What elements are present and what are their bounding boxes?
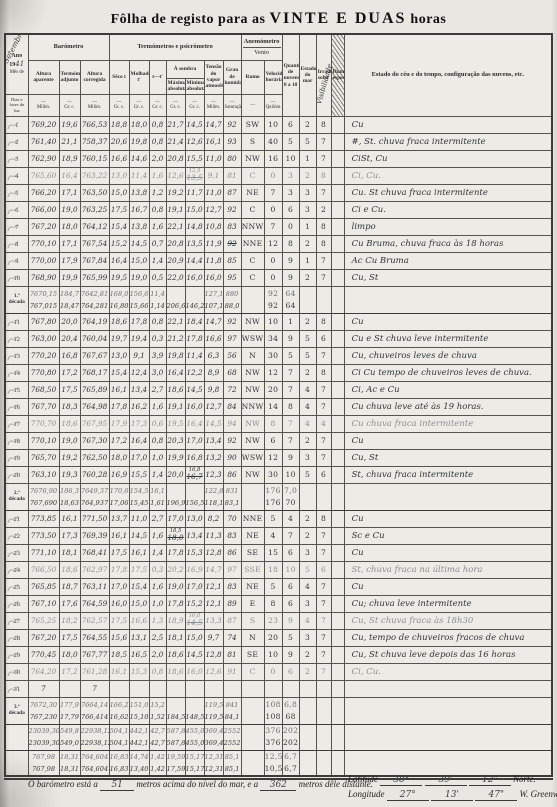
cell-rumo: WSW bbox=[241, 449, 264, 466]
cell-remarks: Cu bbox=[344, 578, 552, 595]
summary-top-value: 7,0 bbox=[283, 485, 299, 497]
summary-bottom-value: 83,1 bbox=[224, 497, 241, 509]
cell-humesp bbox=[331, 629, 344, 646]
handwritten-value: 16,4 bbox=[61, 171, 77, 180]
cell-velocidade: 20 bbox=[264, 381, 282, 398]
handwritten-value: 767,54 bbox=[82, 239, 108, 248]
summary-top-value bbox=[167, 288, 185, 300]
cell-remarks: Cu chuva leve até às 19 horas. bbox=[344, 398, 552, 415]
handwritten-value: 6 bbox=[321, 565, 326, 574]
cell-maxima: 21,2 bbox=[166, 330, 185, 347]
cell-tt: 0,8 bbox=[149, 116, 166, 133]
cell-humidade: 72 bbox=[223, 381, 241, 398]
handwritten-value: S bbox=[250, 137, 256, 146]
cell-adjunto: 16,1 bbox=[59, 510, 80, 527]
cell-tt: 16,11,61 bbox=[149, 483, 166, 510]
cell-maxima: 19,9 bbox=[166, 449, 185, 466]
summary-bottom-value: 16,62 bbox=[110, 711, 129, 723]
cell-mar: 3 bbox=[299, 544, 316, 561]
cell-corrigida: 763,25 bbox=[80, 201, 109, 218]
cell-adjunto: 18,6 bbox=[59, 561, 80, 578]
barometer-note: O barómetro está a 51 metros acima do ní… bbox=[28, 779, 373, 791]
unit-milim-1: Milím. bbox=[28, 94, 59, 116]
handwritten-value: 19,2 bbox=[167, 188, 183, 197]
handwritten-value: 8,9 bbox=[208, 368, 220, 377]
cell-velocidade bbox=[264, 680, 282, 697]
cell-seco: 17,9 bbox=[109, 415, 129, 432]
summary-bottom-value: 15,17 bbox=[186, 763, 204, 775]
summary-bottom-value: 64 bbox=[283, 300, 299, 312]
cell-aparente: 767,80 bbox=[28, 313, 59, 330]
cell-adjunto: 19,9 bbox=[59, 269, 80, 286]
handwritten-value: 20 bbox=[268, 385, 278, 394]
cell-maxima: 22,1 bbox=[166, 218, 185, 235]
cell-velocidade: 18 bbox=[264, 561, 282, 578]
cell-corrigida: 764,19 bbox=[80, 313, 109, 330]
handwritten-value: 18,9 bbox=[167, 616, 183, 625]
summary-top-value bbox=[300, 485, 316, 497]
summary-top-value bbox=[300, 288, 316, 300]
cell-humidade: 83 bbox=[223, 218, 241, 235]
cell-nuvens: 9 bbox=[282, 252, 299, 269]
handwritten-value: 18,6 bbox=[167, 385, 183, 394]
cell-mar: 4 bbox=[299, 612, 316, 629]
summary-top-value: 767,98 bbox=[29, 751, 59, 763]
cell-mar: 4 bbox=[299, 398, 316, 415]
cell-humesp bbox=[331, 724, 344, 750]
cell-adjunto: 17,2 bbox=[59, 364, 80, 381]
cell-minima: 16,0 bbox=[185, 269, 204, 286]
cell-humidade: 92 bbox=[223, 432, 241, 449]
summary-top-value: 22938,12 bbox=[81, 725, 109, 737]
handwritten-value: 21,7 bbox=[167, 120, 183, 129]
cell-velocidade: 0 bbox=[264, 663, 282, 680]
cell-adjunto: 19,6 bbox=[59, 116, 80, 133]
cell-nuvens: 10 bbox=[282, 561, 299, 578]
row-decada-1: 1.ª década7670,15767,015184,718,477642,8… bbox=[5, 286, 552, 313]
summary-top-value: 156,6 bbox=[130, 288, 149, 300]
cell-humidade: 85,185,1 bbox=[223, 750, 241, 777]
handwritten-value: 765,25 bbox=[31, 616, 57, 625]
handwritten-value: 3 bbox=[288, 171, 293, 180]
cell-velocidade: 14 bbox=[264, 398, 282, 415]
cell-rumo: C bbox=[241, 269, 264, 286]
handwritten-value: Cu bbox=[352, 582, 364, 592]
pen-squiggle-mark bbox=[7, 598, 19, 610]
handwritten-value: 8 bbox=[321, 239, 326, 248]
handwritten-value: 762,50 bbox=[82, 453, 108, 462]
cell-adjunto: 17,6 bbox=[59, 595, 80, 612]
summary-bottom-value bbox=[317, 763, 331, 775]
cell-velocidade: 23 bbox=[264, 612, 282, 629]
cell-molhado: 12,4 bbox=[129, 364, 149, 381]
summary-bottom-value bbox=[242, 737, 264, 749]
cell-rumo bbox=[241, 483, 264, 510]
handwritten-value: 6 bbox=[288, 205, 293, 214]
handwritten-value: 6 bbox=[288, 582, 293, 591]
cell-tt: 0,8 bbox=[149, 313, 166, 330]
cell-velocidade: 0 bbox=[264, 201, 282, 218]
pen-squiggle-mark bbox=[7, 564, 19, 576]
cell-humidade: 56 bbox=[223, 347, 241, 364]
cell-rumo: NW bbox=[241, 313, 264, 330]
handwritten-value: 19,9 bbox=[61, 273, 77, 282]
handwritten-value: 3,0 bbox=[152, 368, 164, 377]
cell-tt: 0,8 bbox=[149, 201, 166, 218]
summary-bottom-value bbox=[317, 737, 331, 749]
cell-tensao: 127,1107,1 bbox=[204, 286, 223, 313]
handwritten-value: Cu; chuva leve intermitente bbox=[352, 599, 472, 609]
cell-nuvens: 7 bbox=[282, 432, 299, 449]
summary-top-value bbox=[317, 288, 331, 300]
handwritten-value: 18,5 bbox=[111, 650, 127, 659]
cell-seco: 15,2 bbox=[109, 235, 129, 252]
unit-grc-2: Gr. c. bbox=[109, 94, 129, 116]
handwritten-value: 19,0 bbox=[61, 436, 77, 445]
cell-minima: 12,513,5 bbox=[185, 167, 204, 184]
handwritten-value: 771,10 bbox=[31, 548, 57, 557]
cell-remarks bbox=[344, 483, 552, 510]
title-prefix: Fôlha de registo para as bbox=[111, 12, 266, 27]
summary-bottom-value bbox=[317, 300, 331, 312]
summary-top-value bbox=[352, 485, 551, 497]
handwritten-value: 16,4 bbox=[131, 436, 147, 445]
handwritten-value: 12 bbox=[268, 453, 278, 462]
cell-molhado: 13,8 bbox=[129, 218, 149, 235]
cell-corrigida: 760,04 bbox=[80, 330, 109, 347]
cell-adjunto: 17,5 bbox=[59, 629, 80, 646]
cell-visibilidade: 7 bbox=[316, 133, 331, 150]
handwritten-value: 12,8 bbox=[205, 650, 221, 659]
handwritten-value: 18,4 bbox=[186, 317, 202, 326]
row-day-30: 30764,2017,2761,2816,115,30,818,616,012,… bbox=[5, 663, 552, 680]
cell-molhado: 16,2 bbox=[129, 398, 149, 415]
pen-squiggle-mark bbox=[7, 316, 19, 328]
handwritten-value: 15,2 bbox=[186, 599, 202, 608]
summary-bottom-value: 68 bbox=[283, 711, 299, 723]
cell-velocidade: 6 bbox=[264, 432, 282, 449]
handwritten-value: 97 bbox=[227, 565, 236, 574]
handwritten-value: 2 bbox=[305, 514, 310, 523]
cell-adjunto: 18,3118,31 bbox=[59, 750, 80, 777]
handwritten-value: 14,6 bbox=[131, 154, 147, 163]
handwritten-value: SW bbox=[246, 120, 260, 129]
cell-adjunto: 177,917,79 bbox=[59, 697, 80, 724]
summary-bottom-value bbox=[242, 763, 264, 775]
group-thermometers: Termómetros e psicrómetro bbox=[109, 34, 241, 60]
handwritten-value: 763,11 bbox=[82, 582, 108, 591]
cell-corrigida: 760,15 bbox=[80, 150, 109, 167]
summary-bottom-value: 17,06 bbox=[110, 497, 129, 509]
handwritten-value: 15,5 bbox=[186, 154, 202, 163]
handwritten-value: 11,3 bbox=[205, 531, 221, 540]
handwritten-value: Cu, tempo de chuveiros fracos de chuva bbox=[352, 633, 525, 643]
cell-maxima: 18,518,0 bbox=[166, 527, 185, 544]
cell-molhado: 15,3 bbox=[129, 663, 149, 680]
cell-velocidade: 12 bbox=[264, 235, 282, 252]
row-decada-3: 3.ª década7672,30767,230177,917,797664,1… bbox=[5, 697, 552, 724]
cell-rumo: N bbox=[241, 629, 264, 646]
cell-maxima: 12,6 bbox=[166, 167, 185, 184]
cell-humesp bbox=[331, 381, 344, 398]
handwritten-value: 30 bbox=[268, 470, 278, 479]
summary-top-value: 7670,15 bbox=[29, 288, 59, 300]
cell-tt: 0,8 bbox=[149, 663, 166, 680]
cell-mar: 2 bbox=[299, 527, 316, 544]
cell-minima: 16,8 bbox=[185, 449, 204, 466]
cell-minima: 17,0 bbox=[185, 432, 204, 449]
cell-molhado bbox=[129, 680, 149, 697]
handwritten-value: 2,7 bbox=[152, 514, 164, 523]
handwritten-value: 770,00 bbox=[31, 256, 57, 265]
handwritten-value: 13,7 bbox=[111, 514, 127, 523]
handwritten-value: 2,0 bbox=[152, 650, 164, 659]
cell-tt: 0,5 bbox=[149, 269, 166, 286]
handwritten-value: 2 bbox=[305, 531, 310, 540]
cell-tensao: 12,3112,31 bbox=[204, 750, 223, 777]
cell-nuvens: 10 bbox=[282, 466, 299, 483]
handwritten-value: 12,4 bbox=[131, 368, 147, 377]
cell-tt: 42,742,7 bbox=[149, 724, 166, 750]
cell-tt bbox=[149, 680, 166, 697]
summary-top-value: 504,1 bbox=[110, 725, 129, 737]
cell-humesp bbox=[331, 133, 344, 150]
cell-humesp bbox=[331, 330, 344, 347]
cell-molhado: 16,5 bbox=[129, 646, 149, 663]
summary-bottom-value: 18,31 bbox=[60, 763, 80, 775]
unit-kilometres: Quilóm. bbox=[264, 94, 282, 116]
row-decada-2: 2.ª década7676,90767,690186,318,637649,3… bbox=[5, 483, 552, 510]
cell-rumo: WSW bbox=[241, 330, 264, 347]
unit-grc-1: Gr. c. bbox=[59, 94, 80, 116]
handwritten-value: Cu, St bbox=[352, 273, 379, 283]
cell-velocidade: 0 bbox=[264, 252, 282, 269]
handwritten-value: 10 bbox=[285, 470, 295, 479]
summary-top-value: 166,2 bbox=[110, 699, 129, 711]
cell-mar: 2 bbox=[299, 313, 316, 330]
handwritten-value: 5 bbox=[288, 633, 293, 642]
handwritten-value: 9 bbox=[288, 650, 293, 659]
cell-tensao: 12,3 bbox=[204, 466, 223, 483]
handwritten-value: 765,70 bbox=[31, 453, 57, 462]
cell-tt: 3,0 bbox=[149, 364, 166, 381]
handwritten-value: 13,8 bbox=[131, 188, 147, 197]
cell-rumo bbox=[241, 697, 264, 724]
handwritten-value: 2,5 bbox=[152, 633, 164, 642]
cell-aparente: 7672,30767,230 bbox=[28, 697, 59, 724]
cell-mar: 3 bbox=[299, 201, 316, 218]
handwritten-value: 770,10 bbox=[31, 239, 57, 248]
handwritten-value: 2 bbox=[305, 650, 310, 659]
cell-humesp bbox=[331, 184, 344, 201]
handwritten-value: 68 bbox=[227, 368, 236, 377]
handwritten-value: 1 bbox=[288, 317, 293, 326]
cell-tt: 1,6 bbox=[149, 218, 166, 235]
cell-minima: 14,5 bbox=[185, 116, 204, 133]
cell-tensao: 6,3 bbox=[204, 347, 223, 364]
cell-day-number: 6 bbox=[5, 201, 28, 218]
handwritten-value: 17,8 bbox=[111, 565, 127, 574]
handwritten-value: 9 bbox=[288, 616, 293, 625]
cell-molhado: 16,4 bbox=[129, 432, 149, 449]
cell-corrigida: 767,30 bbox=[80, 432, 109, 449]
cell-molhado: 9,1 bbox=[129, 347, 149, 364]
cell-remarks: Cu chuva fraca intermitente bbox=[344, 415, 552, 432]
cell-remarks bbox=[344, 680, 552, 697]
cell-aparente: 770,10 bbox=[28, 432, 59, 449]
cell-nuvens: 6 bbox=[282, 544, 299, 561]
cell-humesp bbox=[331, 313, 344, 330]
handwritten-value: 2 bbox=[305, 317, 310, 326]
handwritten-value: 9,7 bbox=[208, 633, 220, 642]
summary-top-value: 15,17 bbox=[186, 751, 204, 763]
summary-bottom-value: 587,8 bbox=[167, 737, 185, 749]
handwritten-value: 16,0 bbox=[111, 599, 127, 608]
cell-maxima: 20,0 bbox=[166, 466, 185, 483]
handwritten-value: 87 bbox=[227, 616, 236, 625]
cell-minima bbox=[185, 680, 204, 697]
cell-day-number: 13 bbox=[5, 347, 28, 364]
summary-top-value bbox=[242, 485, 264, 497]
summary-top-value bbox=[300, 751, 316, 763]
summary-top-value: 376 bbox=[265, 725, 282, 737]
col-solar-radiation: Irradiação solar Visibilidade bbox=[316, 34, 331, 116]
cell-tt: 0,8 bbox=[149, 432, 166, 449]
cell-corrigida: 767,54 bbox=[80, 235, 109, 252]
cell-tt: 0,6 bbox=[149, 415, 166, 432]
handwritten-value: 770,80 bbox=[31, 368, 57, 377]
cell-adjunto: 16,8 bbox=[59, 347, 80, 364]
cell-minima: 15,3 bbox=[185, 544, 204, 561]
handwritten-value: 1,0 bbox=[152, 599, 164, 608]
handwritten-value: NW bbox=[245, 154, 260, 163]
cell-maxima: 17,8 bbox=[166, 595, 185, 612]
cell-corrigida: 767,67 bbox=[80, 347, 109, 364]
cell-tensao: 9,7 bbox=[204, 629, 223, 646]
cell-molhado: 19,8 bbox=[129, 133, 149, 150]
handwritten-value: 765,85 bbox=[31, 582, 57, 591]
cell-minima: 148,5 bbox=[185, 697, 204, 724]
summary-bottom-value: 13,40 bbox=[130, 763, 149, 775]
cell-visibilidade: 7 bbox=[316, 269, 331, 286]
cell-humesp bbox=[331, 167, 344, 184]
handwritten-value: 97 bbox=[227, 334, 236, 343]
cell-humidade: 97 bbox=[223, 330, 241, 347]
handwritten-value: 770,10 bbox=[31, 436, 57, 445]
handwritten-value: 1,6 bbox=[152, 531, 164, 540]
group-anemometer: Anemómetro Vento bbox=[241, 34, 282, 60]
col-wind-speed: Velocidade horária bbox=[264, 60, 282, 94]
handwritten-value: 7 bbox=[321, 599, 326, 608]
handwritten-value: 74 bbox=[227, 633, 236, 642]
handwritten-value: 0 bbox=[271, 667, 276, 676]
handwritten-value: 8 bbox=[288, 239, 293, 248]
handwritten-value: 7 bbox=[321, 385, 326, 394]
col-wet-bulb: Molhado t' bbox=[129, 60, 149, 94]
handwritten-value: 12,1 bbox=[205, 582, 221, 591]
cell-seco: 16,4 bbox=[109, 252, 129, 269]
cell-aparente: 767,98767,98 bbox=[28, 750, 59, 777]
handwritten-value: 17,5 bbox=[131, 565, 147, 574]
cell-adjunto: 18,0 bbox=[59, 218, 80, 235]
cell-summary-label: 3.ª década bbox=[5, 697, 28, 724]
cell-adjunto: 20,4 bbox=[59, 330, 80, 347]
summary-bottom-value: 15,66 bbox=[130, 300, 149, 312]
handwritten-value: 92 bbox=[227, 120, 236, 129]
cell-adjunto: 186,318,63 bbox=[59, 483, 80, 510]
cell-maxima: 21,4 bbox=[166, 133, 185, 150]
col-sea-state: Estado do mar bbox=[299, 34, 316, 116]
cell-molhado: 151,015,10 bbox=[129, 697, 149, 724]
cell-humesp bbox=[331, 347, 344, 364]
cell-remarks: CiSt, Cu bbox=[344, 150, 552, 167]
cell-molhado: 156,615,66 bbox=[129, 286, 149, 313]
cell-maxima: 21,7 bbox=[166, 116, 185, 133]
handwritten-value: 7 bbox=[271, 222, 276, 231]
cell-velocidade: 7 bbox=[264, 184, 282, 201]
cell-tensao: 14,7 bbox=[204, 116, 223, 133]
cell-day-number: 17 bbox=[5, 415, 28, 432]
handwritten-value: 89 bbox=[227, 599, 236, 608]
summary-top-value bbox=[352, 725, 551, 737]
cell-humidade: 86 bbox=[223, 544, 241, 561]
cell-remarks: Cu bbox=[344, 116, 552, 133]
longitude-degrees: 27° bbox=[387, 790, 429, 801]
handwritten-value: 1,6 bbox=[152, 222, 164, 231]
cell-minima: 17,8 bbox=[185, 330, 204, 347]
handwritten-value: 1,0 bbox=[152, 453, 164, 462]
cell-corrigida: 767,84 bbox=[80, 252, 109, 269]
summary-bottom-value: 2552 bbox=[224, 737, 241, 749]
cell-day-number: 2 bbox=[5, 133, 28, 150]
handwritten-value: 7 bbox=[321, 453, 326, 462]
handwritten-value: 83 bbox=[227, 222, 236, 231]
handwritten-value: 1 bbox=[305, 222, 310, 231]
cell-humidade: 68 bbox=[223, 364, 241, 381]
cell-visibilidade: 6 bbox=[316, 466, 331, 483]
handwritten-value: 23 bbox=[268, 616, 278, 625]
pen-squiggle-mark bbox=[7, 333, 19, 345]
handwritten-value: 15,0 bbox=[131, 256, 147, 265]
handwritten-value: 3 bbox=[305, 599, 310, 608]
summary-bottom-value: 10,5 bbox=[265, 763, 282, 775]
handwritten-value: 93 bbox=[227, 137, 236, 146]
handwritten-value: 7 bbox=[321, 633, 326, 642]
cell-day-number: 28 bbox=[5, 629, 28, 646]
handwritten-value: 9,1 bbox=[133, 351, 145, 360]
cell-nuvens: 7 bbox=[282, 527, 299, 544]
cell-nuvens: 9 bbox=[282, 449, 299, 466]
cell-tt: 1,6 bbox=[149, 167, 166, 184]
cell-mar: 1 bbox=[299, 150, 316, 167]
cell-humesp bbox=[331, 646, 344, 663]
summary-top-value bbox=[317, 699, 331, 711]
summary-bottom-value: 767,230 bbox=[29, 711, 59, 723]
cell-seco: 17,0 bbox=[109, 578, 129, 595]
handwritten-value: 766,53 bbox=[82, 120, 108, 129]
cell-corrigida: 768,17 bbox=[80, 364, 109, 381]
cell-velocidade: 30 bbox=[264, 347, 282, 364]
cell-aparente: 7676,90767,690 bbox=[28, 483, 59, 510]
cell-tt: 2,5 bbox=[149, 629, 166, 646]
handwritten-value: 6 bbox=[321, 334, 326, 343]
cell-tensao: 9,8 bbox=[204, 381, 223, 398]
cell-mar: 2 bbox=[299, 646, 316, 663]
handwritten-value: 15,3 bbox=[186, 548, 202, 557]
row-day-18: 18770,1019,0767,3017,216,40,820,317,013,… bbox=[5, 432, 552, 449]
cell-humesp bbox=[331, 150, 344, 167]
handwritten-value: 0,8 bbox=[152, 205, 164, 214]
